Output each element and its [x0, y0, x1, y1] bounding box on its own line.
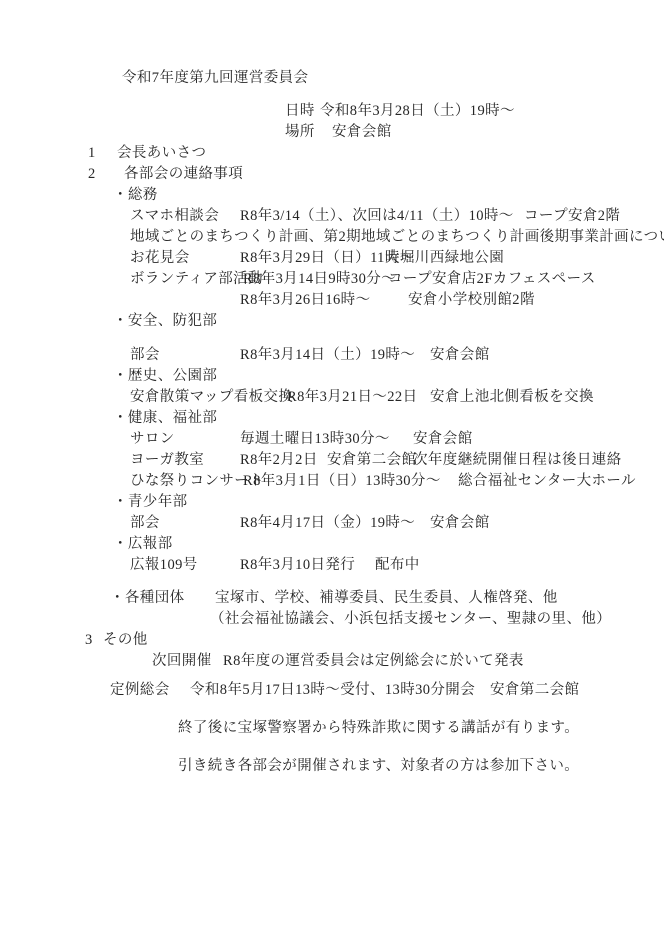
section-kouhou: ・広報部: [113, 536, 173, 553]
section-soumu: ・総務: [113, 187, 158, 204]
item-yoga-seg-3: 次年度継続開催日程は後日連絡: [413, 452, 622, 469]
meta-datetime-seg-1: 令和8年3月28日（土）19時～: [320, 103, 515, 120]
item-volunteer-seg-1: R8年3月14日9時30分～: [243, 271, 396, 288]
item-sansaku-map-seg-1: R8年3月21日～22日: [287, 389, 417, 406]
meta-place-seg-0: 場所: [285, 124, 315, 141]
item-hinamatsuri-concert-seg-2: 総合福祉センター大ホール: [458, 473, 636, 490]
doc-title: 令和7年度第九回運営委員会: [122, 70, 308, 87]
agenda-item-3-seg-1: その他: [103, 632, 148, 649]
item-salon-seg-2: 安倉会館: [413, 431, 473, 448]
agenda-item-1-seg-1: 会長あいさつ: [117, 145, 206, 162]
item-yoga-seg-2: 安倉第二会館: [327, 452, 416, 469]
item-anzen-bukai-seg-1: R8年3月14日（土）19時～: [240, 347, 415, 364]
item-seishounen-bukai-seg-0: 部会: [130, 515, 160, 532]
section-seishounen: ・青少年部: [113, 494, 188, 511]
item-kakushu-dantai-2: （社会福祉協議会、小浜包括支援センター、聖隷の里、他）: [210, 611, 611, 628]
section-kakushu-dantai-seg-1: 宝塚市、学校、補導委員、民生委員、人権啓発、他: [215, 590, 558, 607]
agenda-item-2-seg-1: 各部会の連絡事項: [124, 166, 243, 183]
item-sansaku-map-seg-2: 安倉上池北側看板を交換: [430, 389, 594, 406]
item-hinamatsuri-concert-seg-1: R8年3月1日（日）13時30分～: [243, 473, 441, 490]
item-kouhou-109-seg-2: 配布中: [375, 557, 420, 574]
item-kouhou-109-seg-1: R8年3月10日発行: [240, 557, 355, 574]
item-sumaho-soudankai-seg-2: コープ安倉2階: [524, 208, 620, 225]
section-rekishi-kouen: ・歴史、公園部: [113, 368, 217, 385]
item-jikai-kaisai-seg-1: R8年度の運営委員会は定例総会に於いて発表: [223, 653, 524, 670]
document-page: 令和7年度第九回運営委員会日時令和8年3月28日（土）19時～場所安倉会館1会長…: [0, 0, 664, 938]
item-seishounen-bukai-seg-2: 安倉会館: [430, 515, 490, 532]
item-volunteer-2-seg-0: R8年3月26日16時～: [240, 292, 370, 309]
item-sumaho-soudankai-seg-1: R8年3/14（土）、次回は4/11（土）10時～: [240, 208, 514, 225]
item-anzen-bukai-seg-0: 部会: [130, 347, 160, 364]
section-kakushu-dantai-seg-0: ・各種団体: [110, 590, 185, 607]
item-ohanami-seg-2: 大堀川西緑地公園: [385, 250, 504, 267]
item-volunteer-2-seg-1: 安倉小学校別館2階: [408, 292, 535, 309]
section-anzen-bouhan: ・安全、防犯部: [113, 313, 217, 330]
item-yoga-seg-1: R8年2月2日: [240, 452, 318, 469]
item-sumaho-soudankai-seg-0: スマホ相談会: [130, 208, 219, 225]
item-teirei-soukai-seg-0: 定例総会: [110, 682, 170, 699]
item-volunteer-seg-2: コープ安倉店2Fカフェスペース: [388, 271, 596, 288]
agenda-item-2-seg-0: 2: [88, 166, 96, 183]
item-yoga-seg-0: ヨーガ教室: [130, 452, 204, 469]
section-kenkou-fukushi: ・健康、福祉部: [113, 410, 217, 427]
item-salon-seg-0: サロン: [130, 431, 175, 448]
item-machizukuri-keikaku: 地域ごとのまちつくり計画、第2期地域ごとのまちつくり計画後期事業計画について: [130, 229, 664, 246]
item-sansaku-map-seg-0: 安倉散策マップ看板交換: [130, 389, 293, 406]
meta-datetime-seg-0: 日時: [285, 103, 315, 120]
item-kouhou-109-seg-0: 広報109号: [130, 557, 198, 574]
item-anzen-bukai-seg-2: 安倉会館: [430, 347, 490, 364]
item-teirei-soukai-seg-1: 令和8年5月17日13時～受付、13時30分開会 安倉第二会館: [190, 682, 579, 699]
agenda-item-1-seg-0: 1: [88, 145, 96, 162]
note-kouwa: 終了後に宝塚警察署から特殊詐欺に関する講話が有ります。: [178, 720, 579, 737]
note-bukai-kaisai: 引き続き各部会が開催されます、対象者の方は参加下さい。: [178, 758, 579, 775]
agenda-item-3-seg-0: 3: [85, 632, 93, 649]
item-salon-seg-1: 毎週土曜日13時30分～: [240, 431, 390, 448]
meta-place-seg-1: 安倉会館: [332, 124, 392, 141]
item-jikai-kaisai-seg-0: 次回開催: [152, 653, 212, 670]
item-ohanami-seg-0: お花見会: [130, 250, 190, 267]
item-seishounen-bukai-seg-1: R8年4月17日（金）19時～: [240, 515, 415, 532]
